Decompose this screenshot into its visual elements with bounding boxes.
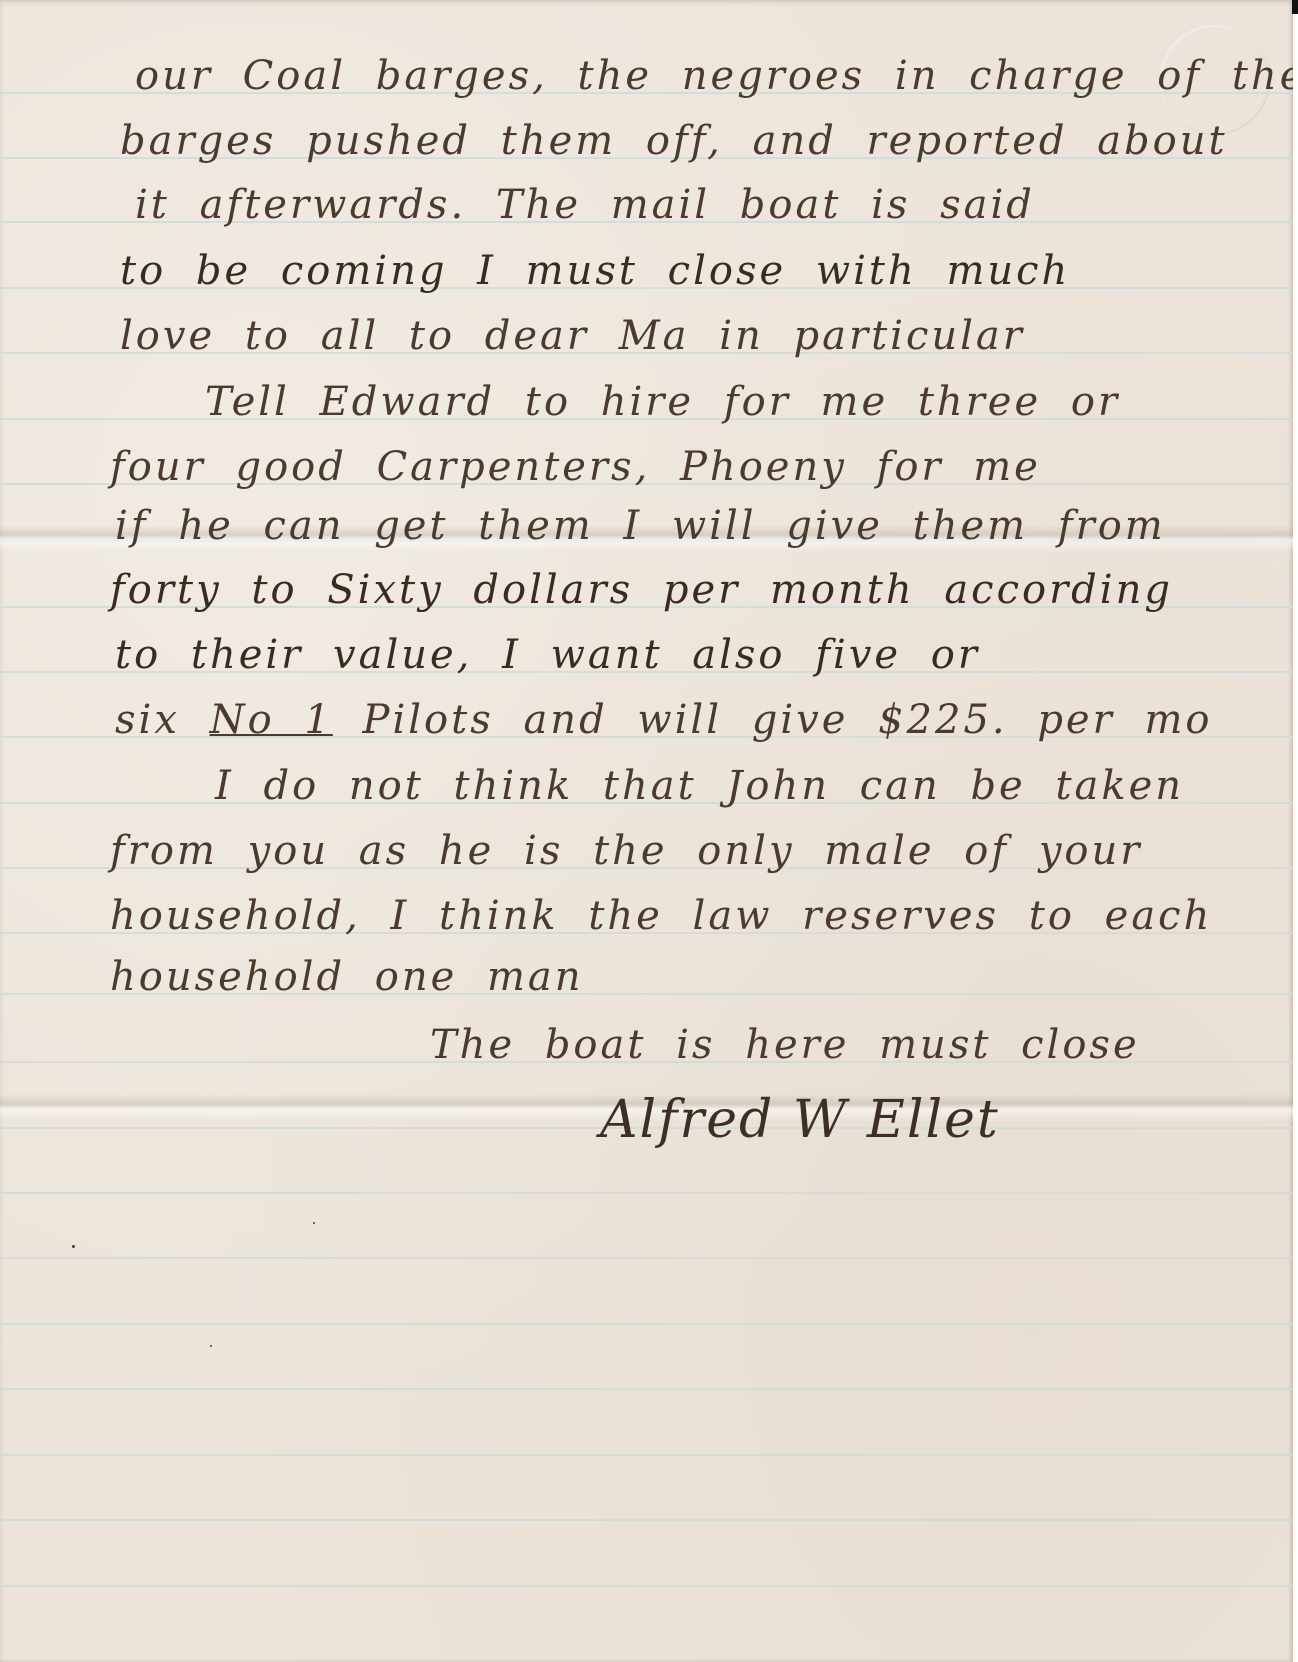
signature: Alfred W Ellet xyxy=(600,1090,1000,1150)
rule-line xyxy=(0,1257,1293,1259)
letter-line-10: to their value, I want also five or xyxy=(115,635,980,675)
letter-line-4: to be coming I must close with much xyxy=(120,251,1070,291)
scan-edge-mark xyxy=(1292,0,1298,14)
letter-line-8: if he can get them I will give them from xyxy=(115,506,1166,546)
letter-line-14: household, I think the law reserves to e… xyxy=(110,896,1212,936)
line-11-suffix: Pilots and will give $225. per mo xyxy=(333,697,1213,743)
ink-speck xyxy=(210,1345,212,1347)
rule-line xyxy=(0,1388,1293,1390)
letter-page: our Coal barges, the negroes in charge o… xyxy=(0,0,1293,1662)
underlined-no-1: No 1 xyxy=(210,697,333,743)
rule-line xyxy=(0,1585,1293,1587)
letter-line-6: Tell Edward to hire for me three or xyxy=(205,382,1120,422)
letter-line-12: I do not think that John can be taken xyxy=(215,766,1184,806)
rule-line xyxy=(0,1323,1293,1325)
ink-speck xyxy=(313,1222,315,1224)
ink-speck xyxy=(72,1245,75,1248)
letter-line-3: it afterwards. The mail boat is said xyxy=(135,185,1035,225)
letter-line-5: love to all to dear Ma in particular xyxy=(120,316,1025,356)
letter-line-7: four good Carpenters, Phoeny for me xyxy=(110,447,1041,487)
letter-line-15: household one man xyxy=(110,957,584,997)
rule-line xyxy=(0,1454,1293,1456)
letter-line-13: from you as he is the only male of your xyxy=(110,831,1142,871)
rule-line xyxy=(0,1519,1293,1521)
letter-line-9: forty to Sixty dollars per month accordi… xyxy=(110,570,1173,610)
rule-line xyxy=(0,1192,1293,1194)
letter-line-11: six No 1 Pilots and will give $225. per … xyxy=(115,700,1212,740)
letter-line-16: The boat is here must close xyxy=(430,1025,1140,1065)
letter-line-1: our Coal barges, the negroes in charge o… xyxy=(135,56,1298,96)
letter-line-2: barges pushed them off, and reported abo… xyxy=(120,121,1228,161)
scan-margin xyxy=(1293,0,1298,1662)
line-11-prefix: six xyxy=(115,697,210,743)
